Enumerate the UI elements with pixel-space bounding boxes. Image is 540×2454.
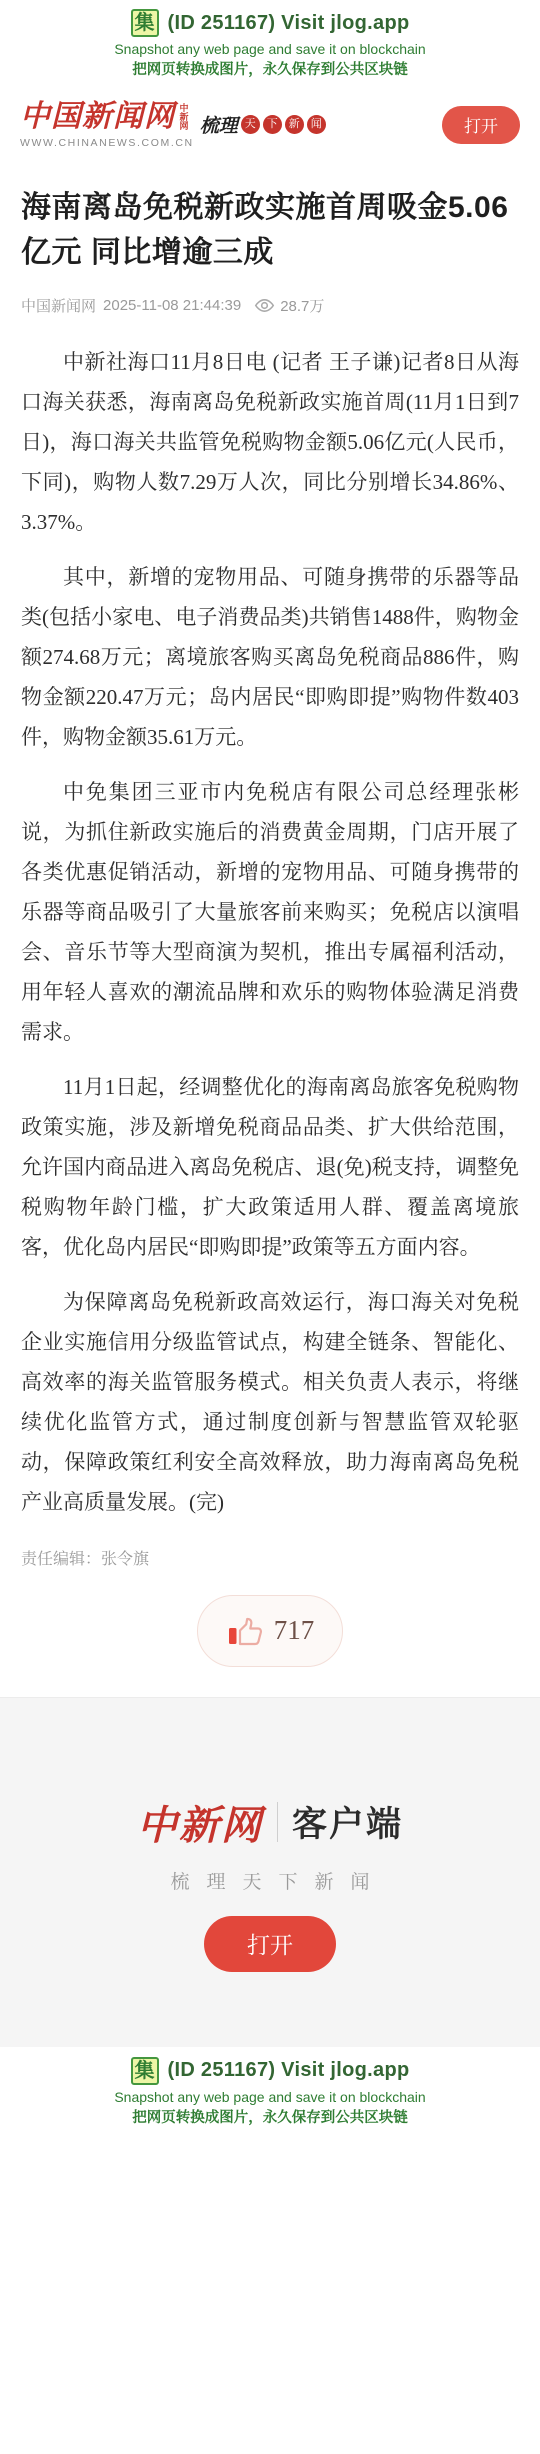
- jlog-logo-icon: 集: [131, 2057, 159, 2085]
- open-app-button-header[interactable]: 打开: [442, 106, 520, 144]
- article-paragraph: 中免集团三亚市内免税店有限公司总经理张彬说，为抓住新政实施后的消费黄金周期，门店…: [21, 772, 519, 1052]
- jlog-banner-subtitle-en: Snapshot any web page and save it on blo…: [0, 41, 540, 57]
- app-footer: 中新网 客户端 梳理天下新闻 打开: [0, 1697, 540, 2047]
- jlog-banner-subtitle-en: Snapshot any web page and save it on blo…: [0, 2089, 540, 2105]
- jlog-banner-top: 集 (ID 251167) Visit jlog.app Snapshot an…: [0, 0, 540, 85]
- jlog-banner-bottom: 集 (ID 251167) Visit jlog.app Snapshot an…: [0, 2047, 540, 2133]
- article-meta: 中国新闻网 2025-11-08 21:44:39 28.7万: [21, 295, 519, 316]
- jlog-banner-link[interactable]: (ID 251167) Visit jlog.app: [168, 12, 410, 35]
- chinanews-logo[interactable]: 中国新闻网 中新网 WWW.CHINANEWS.COM.CN: [20, 101, 194, 149]
- footer-slogan: 梳理天下新闻: [0, 1867, 540, 1894]
- footer-chinanews-logo: 中新网: [137, 1794, 263, 1851]
- jlog-logo-icon: 集: [131, 9, 159, 37]
- footer-logo-row: 中新网 客户端: [0, 1794, 540, 1851]
- slogan-prefix-text: 梳理: [200, 111, 238, 138]
- editor-credit: 责任编辑：张令旗: [21, 1546, 519, 1569]
- article-paragraph: 其中，新增的宠物用品、可随身携带的乐器等品类(包括小家电、电子消费品类)共销售1…: [21, 557, 519, 757]
- article-paragraph: 中新社海口11月8日电 (记者 王子谦)记者8日从海口海关获悉，海南离岛免税新政…: [21, 342, 519, 542]
- slogan-circle-char: 天: [241, 115, 260, 134]
- eye-icon: [254, 298, 275, 313]
- slogan-circle-char: 闻: [307, 115, 326, 134]
- like-button[interactable]: 717: [197, 1595, 343, 1667]
- jlog-banner-subtitle-zh: 把网页转换成图片，永久保存到公共区块链: [0, 58, 540, 79]
- chinanews-logo-text: 中国新闻网: [20, 101, 175, 133]
- view-count: 28.7万: [280, 295, 324, 316]
- footer-logo-divider: [277, 1802, 278, 1842]
- thumbs-up-icon: [226, 1615, 264, 1647]
- open-app-button-footer[interactable]: 打开: [204, 1916, 336, 1972]
- slogan-circle-char: 下: [263, 115, 282, 134]
- chinanews-logo-url: WWW.CHINANEWS.COM.CN: [20, 137, 194, 149]
- chinanews-logo-side-text: 中新网: [178, 103, 187, 130]
- article-paragraph: 为保障离岛免税新政高效运行，海口海关对免税企业实施信用分级监管试点，构建全链条、…: [21, 1282, 519, 1522]
- article-datetime: 2025-11-08 21:44:39: [103, 297, 241, 314]
- news-article-page: 集 (ID 251167) Visit jlog.app Snapshot an…: [0, 0, 540, 2454]
- footer-client-label: 客户端: [292, 1797, 403, 1847]
- slogan-badge: 梳理 天 下 新 闻: [200, 111, 326, 138]
- slogan-circle-char: 新: [285, 115, 304, 134]
- article: 海南离岛免税新政实施首周吸金5.06亿元 同比增逾三成 中国新闻网 2025-1…: [0, 157, 540, 1569]
- jlog-banner-subtitle-zh: 把网页转换成图片，永久保存到公共区块链: [0, 2106, 540, 2127]
- article-source: 中国新闻网: [21, 295, 96, 316]
- like-count: 717: [274, 1615, 315, 1646]
- article-paragraph: 11月1日起，经调整优化的海南离岛旅客免税购物政策实施，涉及新增免税商品品类、扩…: [21, 1067, 519, 1267]
- jlog-banner-link[interactable]: (ID 251167) Visit jlog.app: [168, 2059, 410, 2082]
- article-title: 海南离岛免税新政实施首周吸金5.06亿元 同比增逾三成: [21, 185, 519, 275]
- article-body: 中新社海口11月8日电 (记者 王子谦)记者8日从海口海关获悉，海南离岛免税新政…: [21, 342, 519, 1522]
- site-header: 中国新闻网 中新网 WWW.CHINANEWS.COM.CN 梳理 天 下 新 …: [0, 85, 540, 157]
